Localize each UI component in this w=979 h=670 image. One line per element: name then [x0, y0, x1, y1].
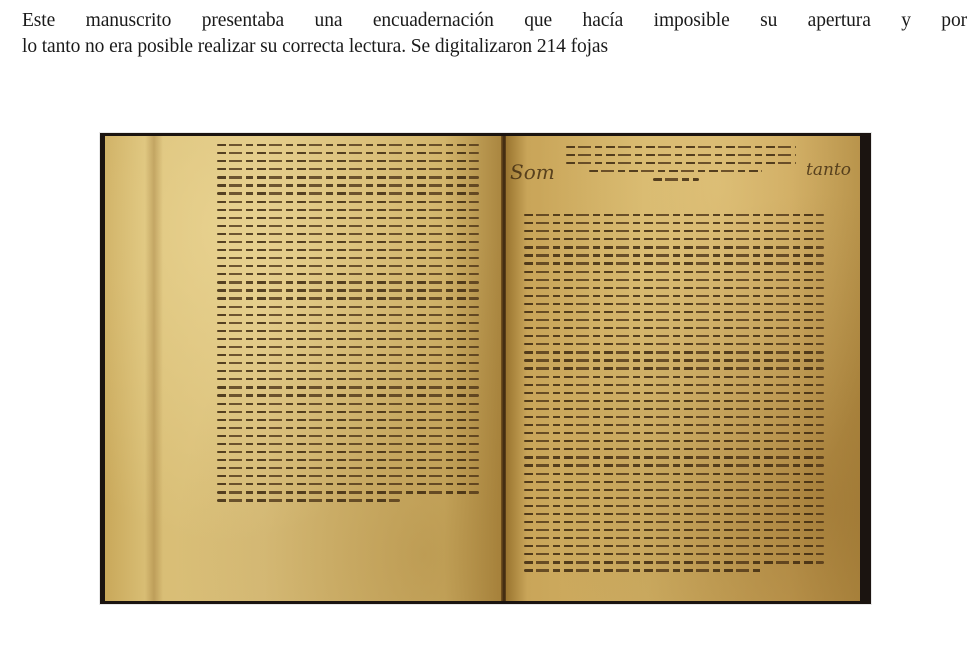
manuscript-right-page: Som tanto	[506, 136, 860, 601]
handwritten-text-right	[524, 214, 824, 578]
margin-note-left: Som	[510, 160, 555, 184]
body-paragraph: Este manuscrito presentaba una encuadern…	[22, 8, 967, 60]
paragraph-line-1: Este manuscrito presentaba una encuadern…	[22, 8, 967, 34]
page-fold-shadow	[145, 136, 163, 601]
margin-note-right: tanto	[806, 160, 851, 180]
paragraph-line-2: lo tanto no era posible realizar su corr…	[22, 34, 967, 60]
handwritten-heading	[566, 146, 796, 186]
manuscript-left-page	[105, 136, 504, 601]
manuscript-photo: Som tanto	[100, 133, 871, 604]
handwritten-text-left	[217, 144, 479, 508]
